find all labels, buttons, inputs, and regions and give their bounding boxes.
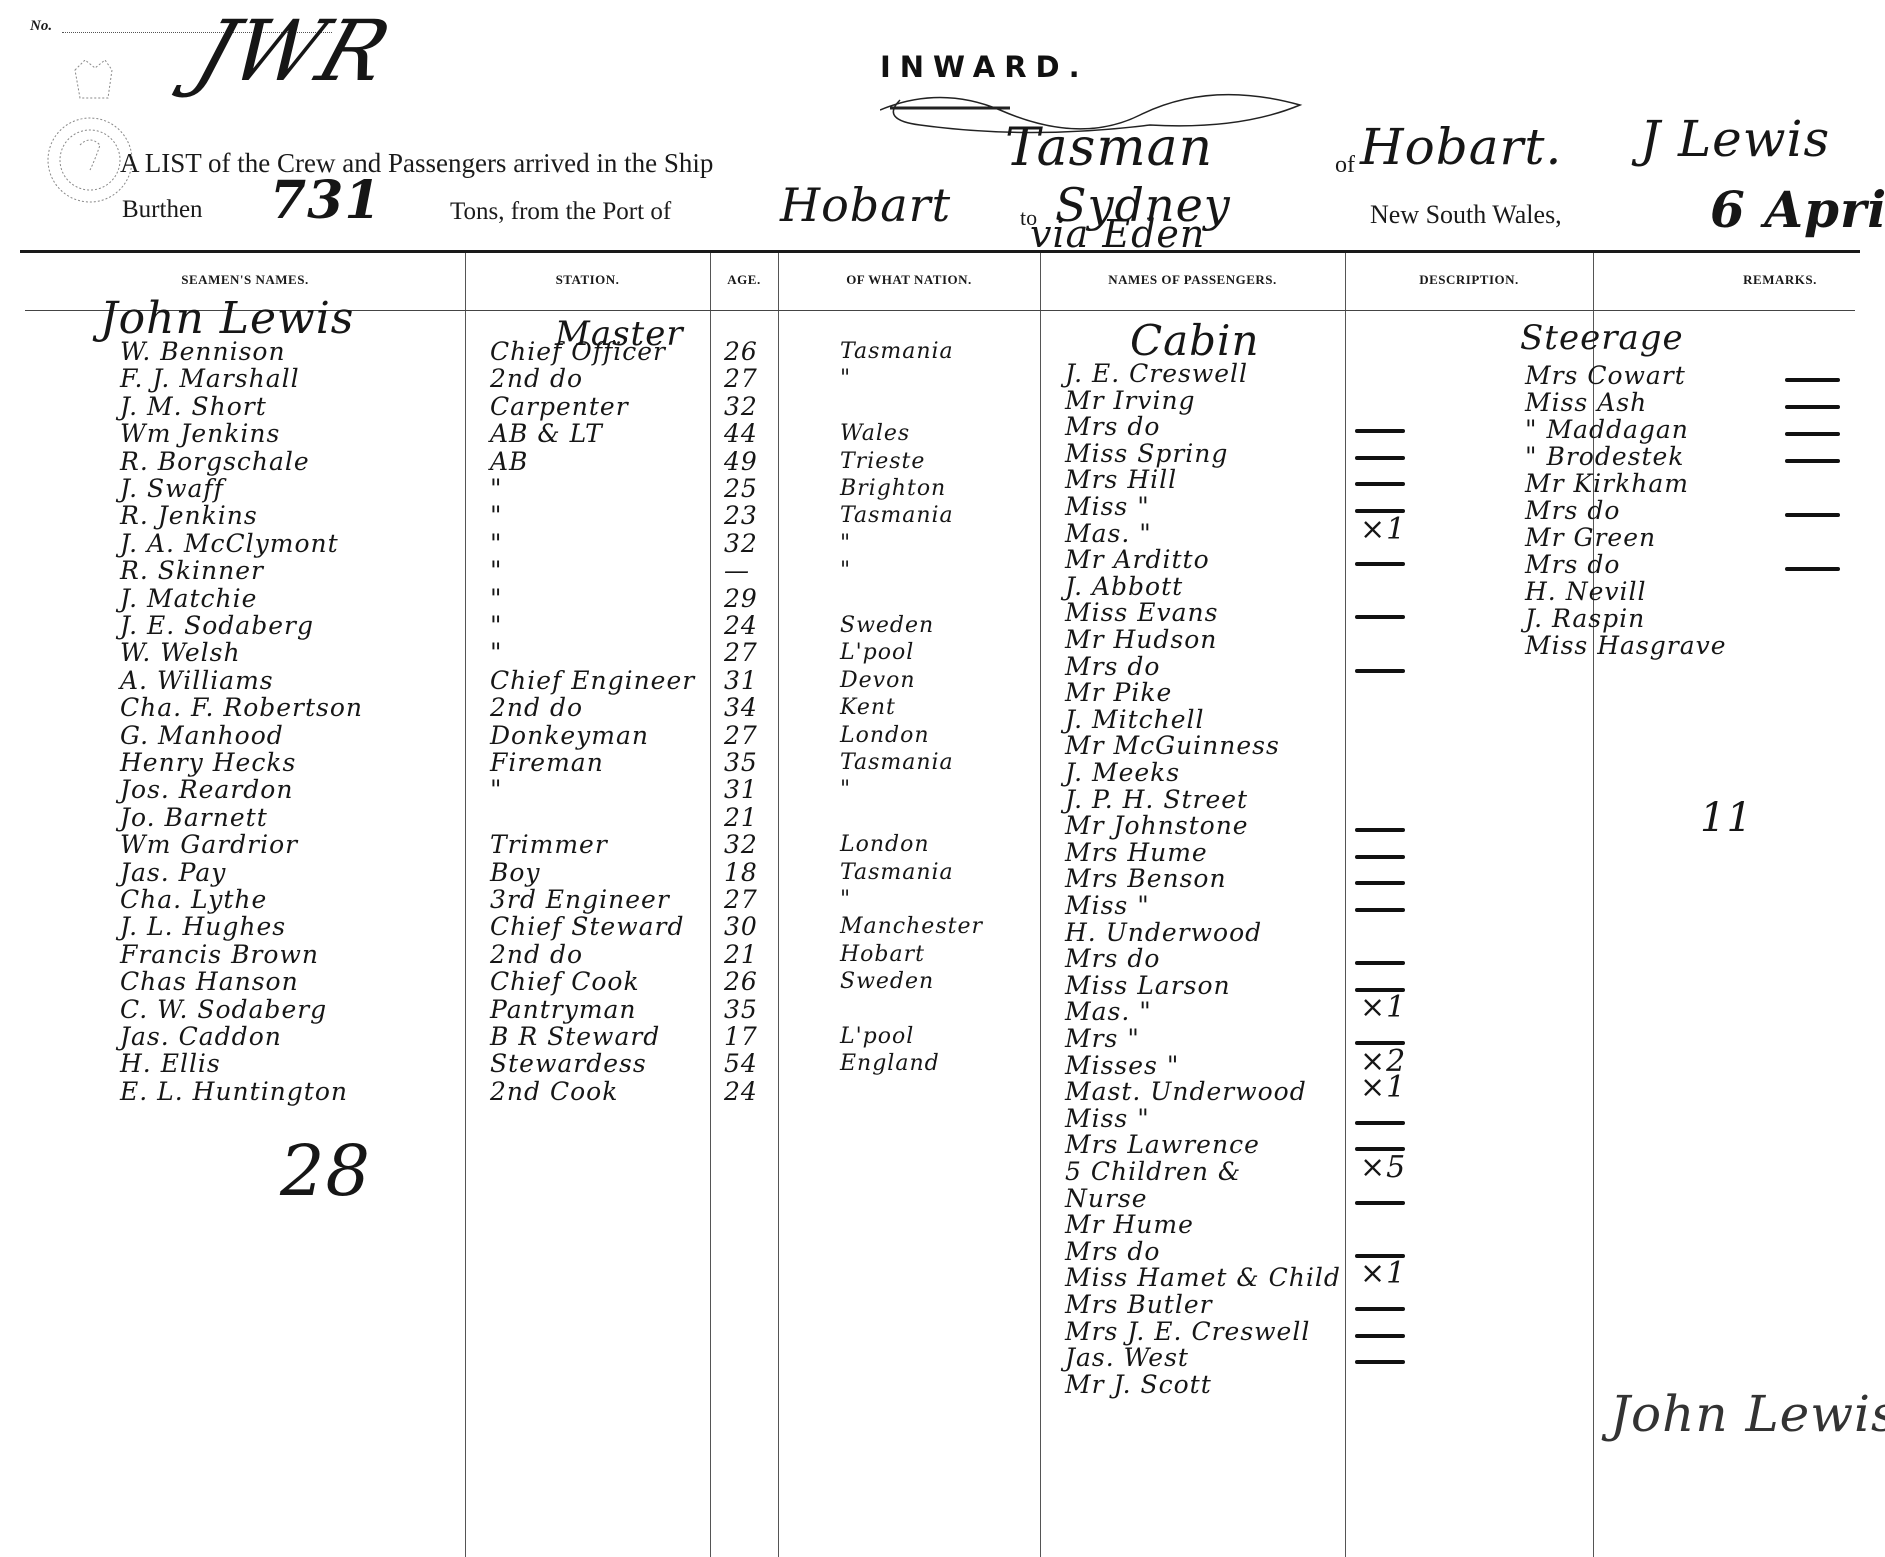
crew-station: Pantryman [490, 996, 637, 1024]
ship-home-port: Hobart. [1360, 118, 1562, 176]
crew-name: J. E. Sodaberg [120, 612, 314, 640]
crew-station: " [490, 530, 503, 558]
crew-nation: London [840, 722, 930, 750]
column-divider [778, 253, 779, 1557]
crew-nation: London [840, 831, 930, 859]
crew-age: 31 [724, 776, 758, 804]
cabin-passenger-name: J. P. H. Street [1065, 786, 1248, 814]
crew-total: 28 [280, 1130, 371, 1212]
cabin-passenger-name: Miss Larson [1065, 972, 1231, 1000]
crew-station: " [490, 502, 503, 530]
cabin-passenger-name: Miss " [1065, 1105, 1150, 1133]
crew-station: " [490, 639, 503, 667]
crew-age: 27 [724, 886, 758, 914]
crew-age: 49 [724, 448, 758, 476]
number-label: No. [30, 18, 52, 35]
crew-nation: " [840, 557, 851, 585]
tally-dash [1355, 482, 1405, 486]
column-header-passenger-names: NAMES OF PASSENGERS. [1040, 272, 1345, 288]
crew-station: Fireman [490, 749, 604, 777]
cabin-passenger-name: Miss Evans [1065, 599, 1218, 627]
tally-dash [1355, 1360, 1405, 1364]
crew-name: E. L. Huntington [120, 1078, 348, 1106]
crew-age: 35 [724, 749, 758, 777]
crew-age: 17 [724, 1023, 758, 1051]
crew-station: 2nd do [490, 365, 583, 393]
crew-age: 21 [724, 804, 758, 832]
crew-name: Cha. F. Robertson [120, 694, 363, 722]
column-header-description: DESCRIPTION. [1345, 272, 1593, 288]
master-signature-header: J Lewis [1640, 110, 1830, 168]
crew-name: J. A. McClymont [120, 530, 339, 558]
tally-dash [1355, 1334, 1405, 1338]
crew-name: Cha. Lythe [120, 886, 267, 914]
crew-age: 54 [724, 1050, 758, 1078]
cabin-passenger-name: Nurse [1065, 1185, 1148, 1213]
tally-dash [1355, 855, 1405, 859]
cabin-passenger-name: J. Abbott [1065, 573, 1183, 601]
crew-name: J. Swaff [120, 475, 224, 503]
column-divider [1040, 253, 1041, 1557]
cabin-passenger-name: Mrs " [1065, 1025, 1140, 1053]
crew-name: J. Matchie [120, 585, 257, 613]
header-rule [20, 250, 1860, 253]
cabin-passenger-name: Mrs J. E. Creswell [1065, 1318, 1310, 1346]
cabin-passenger-name: Mrs Hill [1065, 466, 1177, 494]
tally-dash [1355, 456, 1405, 460]
crew-name: R. Jenkins [120, 502, 258, 530]
crew-station: Boy [490, 859, 541, 887]
tally-dash [1355, 828, 1405, 832]
crew-age: 21 [724, 941, 758, 969]
column-divider [710, 253, 711, 1557]
cabin-passenger-name: J. Meeks [1065, 759, 1180, 787]
cabin-passenger-name: Mrs Hume [1065, 839, 1208, 867]
crew-name: Jo. Barnett [120, 804, 268, 832]
steerage-passenger-name: Mrs Cowart [1525, 362, 1686, 390]
crew-name: F. J. Marshall [120, 365, 300, 393]
tally-dash [1355, 908, 1405, 912]
crew-station: 2nd Cook [490, 1078, 618, 1106]
crew-name: Wm Gardrior [120, 831, 298, 859]
tally-dash [1355, 1121, 1405, 1125]
crew-nation: Tasmania [840, 338, 954, 366]
colony-label: New South Wales, [1370, 200, 1562, 230]
crew-station: " [490, 557, 503, 585]
crew-name: Jos. Reardon [120, 776, 293, 804]
crew-nation: Trieste [840, 448, 925, 476]
cabin-passenger-name: H. Underwood [1065, 919, 1262, 947]
steerage-passenger-name: Mr Green [1525, 524, 1656, 552]
crew-station: 2nd do [490, 694, 583, 722]
cabin-passenger-name: Mr Hume [1065, 1211, 1194, 1239]
crew-station: AB [490, 448, 528, 476]
steerage-passenger-name: H. Nevill [1525, 578, 1646, 606]
steerage-passenger-name: Mr Kirkham [1525, 470, 1689, 498]
crew-age: 27 [724, 639, 758, 667]
passenger-count-mark: ×5 [1360, 1154, 1406, 1182]
crew-name: Francis Brown [120, 941, 319, 969]
steerage-passenger-name: Mrs do [1525, 551, 1620, 579]
crew-nation: " [840, 776, 851, 804]
column-divider [465, 253, 466, 1557]
burthen-label: Burthen [122, 196, 203, 224]
cabin-passenger-name: Mast. Underwood [1065, 1078, 1307, 1106]
departure-port: Hobart [780, 178, 951, 232]
column-divider [1345, 253, 1346, 1557]
crew-nation: " [840, 365, 851, 393]
cabin-passenger-name: Mr Arditto [1065, 546, 1210, 574]
master-signature-footer: John Lewis [1610, 1385, 1885, 1443]
crew-station: Chief Steward [490, 913, 684, 941]
crew-age: 32 [724, 393, 758, 421]
cabin-passenger-name: Mr Hudson [1065, 626, 1217, 654]
of-label: of [1335, 152, 1355, 179]
crew-age: 30 [724, 913, 758, 941]
crew-station: Stewardess [490, 1050, 647, 1078]
crew-name: Chas Hanson [120, 968, 299, 996]
tons-from-port-label: Tons, from the Port of [450, 198, 671, 226]
cabin-passenger-name: Miss " [1065, 493, 1150, 521]
crew-station: B R Steward [490, 1023, 660, 1051]
tally-dash [1785, 432, 1840, 436]
crew-age: 35 [724, 996, 758, 1024]
crew-station: Trimmer [490, 831, 608, 859]
crew-nation: Manchester [840, 913, 983, 941]
crew-station: AB & LT [490, 420, 603, 448]
steerage-passenger-name: " Maddagan [1525, 416, 1689, 444]
steerage-passenger-name: Miss Hasgrave [1525, 632, 1727, 660]
crew-nation: Wales [840, 420, 910, 448]
crew-age: 23 [724, 502, 758, 530]
cabin-passenger-name: Mas. " [1065, 520, 1152, 548]
crew-name: J. M. Short [120, 393, 267, 421]
tally-dash [1785, 567, 1840, 571]
tally-dash [1785, 405, 1840, 409]
crew-station: Chief Officer [490, 338, 666, 366]
cabin-passenger-name: Mrs Benson [1065, 865, 1227, 893]
cabin-passenger-name: Mr J. Scott [1065, 1371, 1212, 1399]
tally-dash [1355, 615, 1405, 619]
crew-station: Chief Engineer [490, 667, 695, 695]
crew-age: 34 [724, 694, 758, 722]
tally-dash [1355, 562, 1405, 566]
crew-age: 18 [724, 859, 758, 887]
steerage-passenger-name: Miss Ash [1525, 389, 1647, 417]
crew-nation: Devon [840, 667, 916, 695]
cabin-passenger-name: J. E. Creswell [1065, 360, 1248, 388]
crew-station: " [490, 776, 503, 804]
crew-name: R. Skinner [120, 557, 264, 585]
crew-nation: Sweden [840, 968, 934, 996]
cabin-passenger-name: Mr McGuinness [1065, 732, 1280, 760]
cabin-passenger-name: Mrs do [1065, 945, 1160, 973]
cabin-passenger-name: Jas. West [1065, 1344, 1189, 1372]
passenger-count-mark: ×1 [1360, 1074, 1406, 1102]
crew-station: " [490, 612, 503, 640]
passenger-count-mark: ×1 [1360, 516, 1406, 544]
crew-age: 27 [724, 365, 758, 393]
cabin-passenger-name: Misses " [1065, 1052, 1179, 1080]
crew-nation: Hobart [840, 941, 925, 969]
cabin-passenger-name: Miss Hamet & Child [1065, 1264, 1341, 1292]
crew-nation: " [840, 530, 851, 558]
crew-station: Carpenter [490, 393, 629, 421]
crew-age: 25 [724, 475, 758, 503]
tally-dash [1355, 429, 1405, 433]
cabin-passenger-name: Mrs do [1065, 1238, 1160, 1266]
tally-dash [1355, 1201, 1405, 1205]
tally-dash [1355, 961, 1405, 965]
crew-age: 24 [724, 1078, 758, 1106]
cabin-passenger-name: Mrs do [1065, 653, 1160, 681]
tally-dash [1355, 881, 1405, 885]
crew-age: 24 [724, 612, 758, 640]
crew-name: A. Williams [120, 667, 274, 695]
steerage-passenger-name: Mrs do [1525, 497, 1620, 525]
crew-nation: Sweden [840, 612, 934, 640]
crew-nation: Tasmania [840, 749, 954, 777]
crew-name: W. Bennison [120, 338, 286, 366]
tally-dash [1355, 669, 1405, 673]
crew-name: Henry Hecks [120, 749, 296, 777]
crew-name: Wm Jenkins [120, 420, 280, 448]
cabin-passenger-name: Mrs Butler [1065, 1291, 1213, 1319]
crew-name: C. W. Sodaberg [120, 996, 327, 1024]
cabin-passenger-name: Mr Johnstone [1065, 812, 1249, 840]
crew-name: Jas. Caddon [120, 1023, 282, 1051]
passenger-count-mark: ×1 [1360, 994, 1406, 1022]
tally-dash [1785, 459, 1840, 463]
cabin-passenger-name: Mr Irving [1065, 387, 1196, 415]
crew-nation: Kent [840, 694, 896, 722]
crew-name: H. Ellis [120, 1050, 221, 1078]
remarks-tally: 11 [1700, 795, 1753, 841]
column-header-station: STATION. [465, 272, 710, 288]
column-header-remarks: REMARKS. [1700, 272, 1860, 288]
crew-age: 32 [724, 831, 758, 859]
document-title: INWARD. [880, 50, 1089, 84]
column-header-seamen-names: SEAMEN'S NAMES. [25, 272, 465, 288]
ship-name: Tasman [1005, 118, 1213, 178]
steerage-passenger-name: " Brodestek [1525, 443, 1684, 471]
crew-station: 2nd do [490, 941, 583, 969]
tally-dash [1355, 1307, 1405, 1311]
crew-age: 27 [724, 722, 758, 750]
crew-nation: L'pool [840, 639, 914, 667]
crew-nation: L'pool [840, 1023, 914, 1051]
crew-nation: England [840, 1050, 940, 1078]
crew-name: Jas. Pay [120, 859, 226, 887]
cabin-heading: Cabin [1130, 316, 1260, 365]
crew-age: 26 [724, 968, 758, 996]
passenger-count-mark: ×1 [1360, 1260, 1406, 1288]
crew-age: 32 [724, 530, 758, 558]
cabin-passenger-name: Mas. " [1065, 998, 1152, 1026]
crew-nation: Tasmania [840, 859, 954, 887]
crew-name: J. L. Hughes [120, 913, 286, 941]
cabin-passenger-name: Miss " [1065, 892, 1150, 920]
tally-dash [1785, 378, 1840, 382]
crew-name: John Lewis [100, 305, 354, 333]
cabin-passenger-name: Miss Spring [1065, 440, 1228, 468]
crew-age: 29 [724, 585, 758, 613]
column-header-age: AGE. [710, 272, 778, 288]
crew-age: — [724, 557, 750, 585]
crew-name: W. Welsh [120, 639, 241, 667]
cabin-passenger-name: Mrs Lawrence [1065, 1131, 1260, 1159]
crew-station: 3rd Engineer [490, 886, 670, 914]
burthen-tons: 731 [270, 170, 382, 231]
column-header-nation: OF WHAT NATION. [778, 272, 1040, 288]
cabin-passenger-name: Mrs do [1065, 413, 1160, 441]
crew-age: 31 [724, 667, 758, 695]
crew-station: " [490, 475, 503, 503]
crew-age: 26 [724, 338, 758, 366]
crew-nation: Tasmania [840, 502, 954, 530]
crew-name: G. Manhood [120, 722, 284, 750]
crew-nation: " [840, 886, 851, 914]
steerage-heading: Steerage [1520, 318, 1684, 358]
list-number: JWR [184, 2, 402, 100]
crew-name: R. Borgschale [120, 448, 310, 476]
cabin-passenger-name: 5 Children & [1065, 1158, 1241, 1186]
list-heading: A LIST of the Crew and Passengers arrive… [120, 148, 713, 179]
crew-age: 44 [724, 420, 758, 448]
cabin-passenger-name: J. Mitchell [1065, 706, 1205, 734]
tally-dash [1785, 513, 1840, 517]
crew-nation: Brighton [840, 475, 946, 503]
crew-station: Donkeyman [490, 722, 649, 750]
cabin-passenger-name: Mr Pike [1065, 679, 1172, 707]
crew-station: Chief Cook [490, 968, 640, 996]
arrival-date: 6 April [1710, 180, 1885, 239]
steerage-passenger-name: J. Raspin [1525, 605, 1645, 633]
official-stamp-icon [40, 60, 135, 220]
crew-station: " [490, 585, 503, 613]
